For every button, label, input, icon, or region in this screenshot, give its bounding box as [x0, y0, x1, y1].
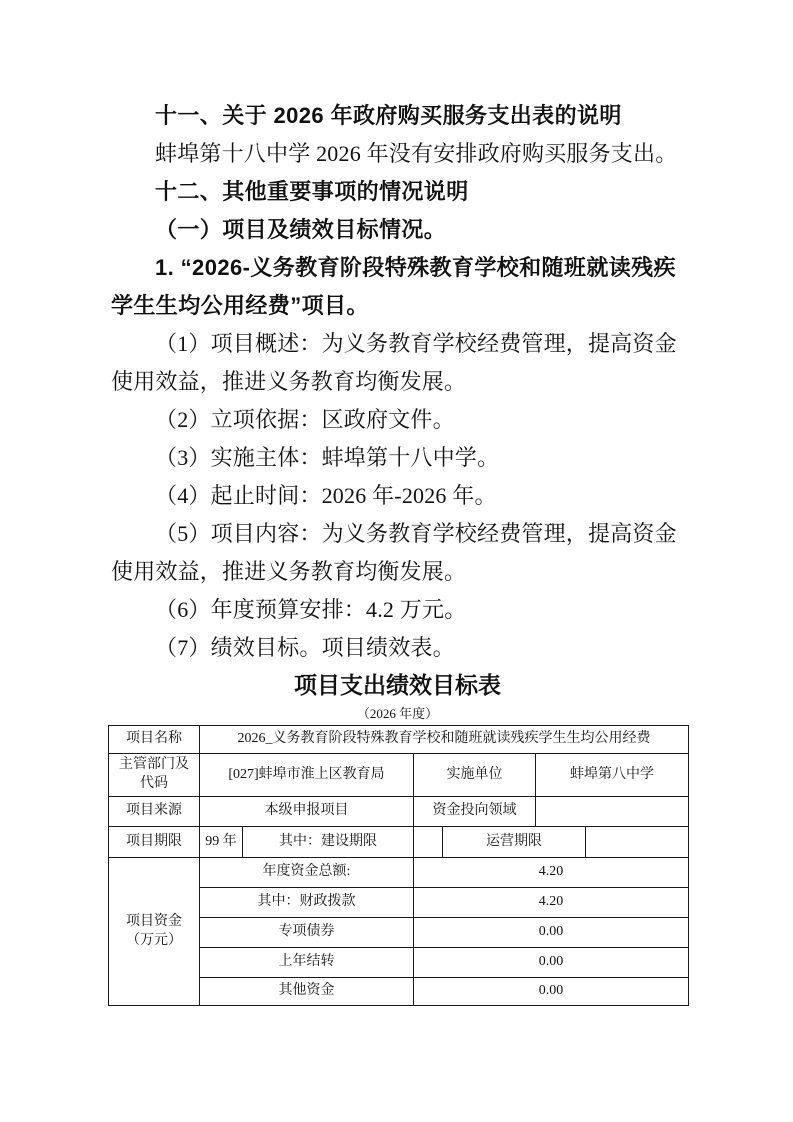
- cell-fund-total-value: 4.20: [414, 858, 689, 888]
- table-row-project-source: 项目来源 本级申报项目 资金投向领域: [109, 797, 689, 827]
- cell-construction-period-label: 其中：建设期限: [243, 827, 414, 858]
- cell-project-name-value: 2026_义务教育阶段特殊教育学校和随班就读残疾学生生均公用经费: [200, 726, 689, 754]
- table-row-project-period: 项目期限 99 年 其中：建设期限 运营期限: [109, 827, 689, 858]
- heading-subsection-1: （一）项目及绩效目标情况。: [111, 211, 684, 249]
- performance-target-table: 项目名称 2026_义务教育阶段特殊教育学校和随班就读残疾学生生均公用经费 主管…: [108, 725, 689, 1006]
- table-row-fund-total: 项目资金 （万元） 年度资金总额: 4.20: [109, 858, 689, 888]
- cell-fund-carryover-label: 上年结转: [200, 948, 414, 978]
- paragraph-item-5: （5）项目内容：为义务教育学校经费管理，提高资金使用效益，推进义务教育均衡发展。: [111, 515, 684, 591]
- cell-fund-carryover-value: 0.00: [414, 948, 689, 978]
- cell-funding-field-value: [536, 797, 689, 827]
- paragraph-item-3: （3）实施主体：蚌埠第十八中学。: [111, 439, 684, 477]
- cell-implementing-unit-value: 蚌埠第八中学: [536, 754, 689, 797]
- paragraph-item-7: （7）绩效目标。项目绩效表。: [111, 629, 684, 667]
- document-content: 十一、关于 2026 年政府购买服务支出表的说明 蚌埠第十八中学 2026 年没…: [0, 0, 793, 1006]
- table-row-department: 主管部门及 代码 [027]蚌埠市淮上区教育局 实施单位 蚌埠第八中学: [109, 754, 689, 797]
- cell-project-name-label: 项目名称: [109, 726, 200, 754]
- cell-fund-bonds-value: 0.00: [414, 918, 689, 948]
- cell-project-funds-label: 项目资金 （万元）: [109, 858, 200, 1006]
- cell-project-source-value: 本级申报项目: [200, 797, 414, 827]
- cell-department-value: [027]蚌埠市淮上区教育局: [200, 754, 414, 797]
- table-row-project-name: 项目名称 2026_义务教育阶段特殊教育学校和随班就读残疾学生生均公用经费: [109, 726, 689, 754]
- cell-fund-total-label: 年度资金总额:: [200, 858, 414, 888]
- heading-section-12: 十二、其他重要事项的情况说明: [111, 173, 684, 211]
- cell-project-period-label: 项目期限: [109, 827, 200, 858]
- paragraph-item-2: （2）立项依据：区政府文件。: [111, 401, 684, 439]
- paragraph-item-6: （6）年度预算安排：4.2 万元。: [111, 591, 684, 629]
- cell-construction-period-value: [414, 827, 443, 858]
- cell-operation-period-label: 运营期限: [443, 827, 586, 858]
- cell-project-source-label: 项目来源: [109, 797, 200, 827]
- cell-project-period-value: 99 年: [200, 827, 243, 858]
- cell-fund-fiscal-label: 其中：财政拨款: [200, 888, 414, 918]
- paragraph-no-procurement: 蚌埠第十八中学 2026 年没有安排政府购买服务支出。: [111, 135, 684, 173]
- cell-department-label: 主管部门及 代码: [109, 754, 200, 797]
- table-title: 项目支出绩效目标表: [111, 672, 684, 698]
- cell-implementing-unit-label: 实施单位: [414, 754, 536, 797]
- table-subtitle: （2026 年度）: [111, 707, 684, 721]
- cell-fund-other-value: 0.00: [414, 978, 689, 1006]
- document-page: 十一、关于 2026 年政府购买服务支出表的说明 蚌埠第十八中学 2026 年没…: [0, 0, 793, 1122]
- cell-fund-fiscal-value: 4.20: [414, 888, 689, 918]
- cell-fund-bonds-label: 专项债券: [200, 918, 414, 948]
- heading-project-name: 1. “2026-义务教育阶段特殊教育学校和随班就读残疾学生生均公用经费”项目。: [111, 249, 684, 325]
- paragraph-item-4: （4）起止时间：2026 年-2026 年。: [111, 477, 684, 515]
- paragraph-item-1: （1）项目概述：为义务教育学校经费管理，提高资金使用效益，推进义务教育均衡发展。: [111, 325, 684, 401]
- cell-operation-period-value: [586, 827, 689, 858]
- heading-section-11: 十一、关于 2026 年政府购买服务支出表的说明: [111, 97, 684, 135]
- cell-funding-field-label: 资金投向领域: [414, 797, 536, 827]
- cell-fund-other-label: 其他资金: [200, 978, 414, 1006]
